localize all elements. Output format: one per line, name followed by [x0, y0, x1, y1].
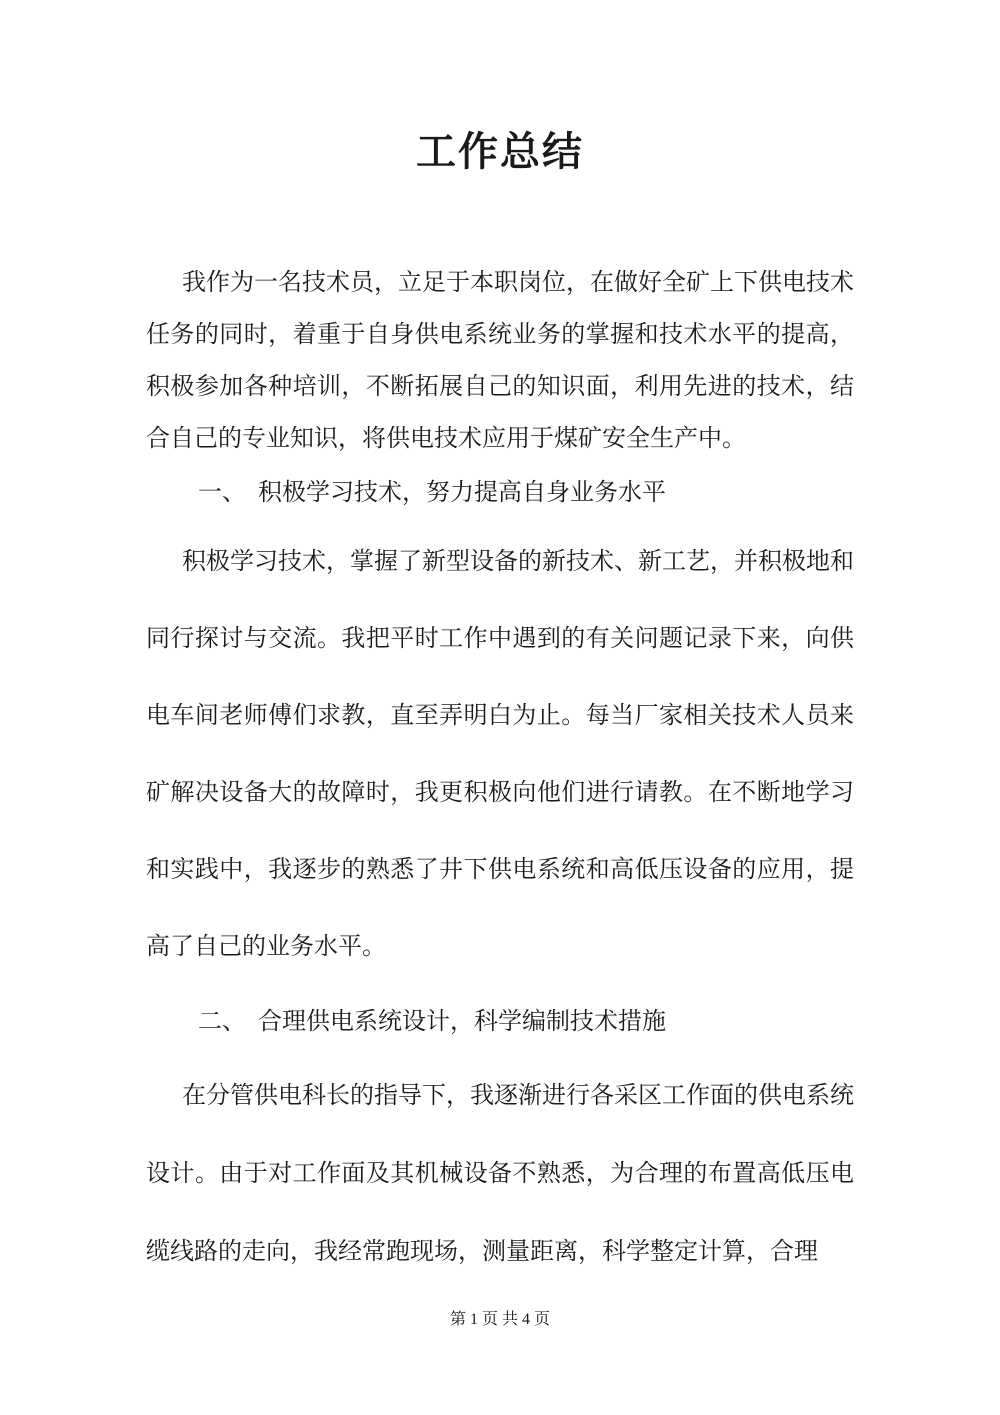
section-heading-1: 一、 积极学习技术，努力提高自身业务水平 — [146, 467, 854, 519]
page-number-footer: 第 1 页 共 4 页 — [0, 1308, 1000, 1332]
document-body: 我作为一名技术员，立足于本职岗位，在做好全矿上下供电技术任务的同时，着重于自身供… — [146, 257, 854, 1291]
document-title: 工作总结 — [0, 122, 1000, 182]
paragraph-section-1: 积极学习技术，掌握了新型设备的新技术、新工艺，并积极地和同行探讨与交流。我把平时… — [146, 524, 854, 986]
section-heading-2: 二、 合理供电系统设计，科学编制技术措施 — [146, 996, 854, 1048]
document-page: 工作总结 我作为一名技术员，立足于本职岗位，在做好全矿上下供电技术任务的同时，着… — [0, 0, 1000, 1415]
paragraph-section-2: 在分管供电科长的指导下，我逐渐进行各采区工作面的供电系统设计。由于对工作面及其机… — [146, 1057, 854, 1291]
paragraph-intro: 我作为一名技术员，立足于本职岗位，在做好全矿上下供电技术任务的同时，着重于自身供… — [146, 257, 854, 465]
